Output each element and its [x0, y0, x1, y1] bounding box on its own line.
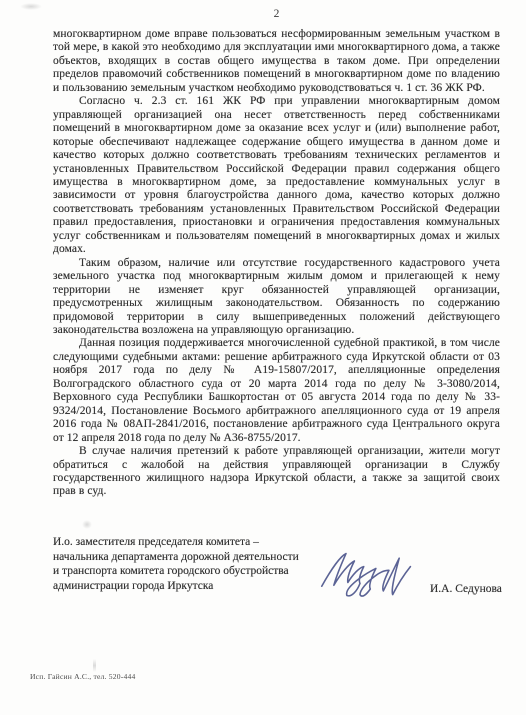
document-body: многоквартирном доме вправе пользоваться…: [53, 28, 500, 499]
signatory-name: И.А. Седунова: [430, 583, 502, 595]
handwritten-signature-icon: [318, 547, 430, 603]
paragraph: Согласно ч. 2.3 ст. 161 ЖК РФ при управл…: [53, 95, 500, 256]
signatory-title-line: администрации города Иркутска: [53, 579, 353, 594]
signatory-title-line: начальника департамента дорожной деятель…: [53, 550, 353, 565]
page-number: 2: [53, 8, 500, 20]
paragraph: Данная позиция поддерживается многочисле…: [53, 337, 500, 445]
signature-block: И.о. заместителя председателя комитета –…: [53, 535, 500, 615]
signatory-title: И.о. заместителя председателя комитета –…: [53, 535, 353, 593]
scan-smudge: [20, 3, 42, 10]
signatory-title-line: И.о. заместителя председателя комитета –: [53, 535, 353, 550]
scan-smudge: [93, 659, 96, 672]
paragraph: Таким образом, наличие или отсутствие го…: [53, 257, 500, 338]
document-page: 2 многоквартирном доме вправе пользовать…: [0, 0, 526, 715]
signatory-title-line: и транспорта комитета городского обустро…: [53, 564, 353, 579]
executor-note: Исп. Гайсин А.С., тел. 520-444: [30, 672, 135, 681]
scan-smudge: [82, 520, 92, 529]
paragraph: В случае наличия претензий к работе упра…: [53, 445, 500, 499]
paragraph-continuation: многоквартирном доме вправе пользоваться…: [53, 28, 500, 95]
